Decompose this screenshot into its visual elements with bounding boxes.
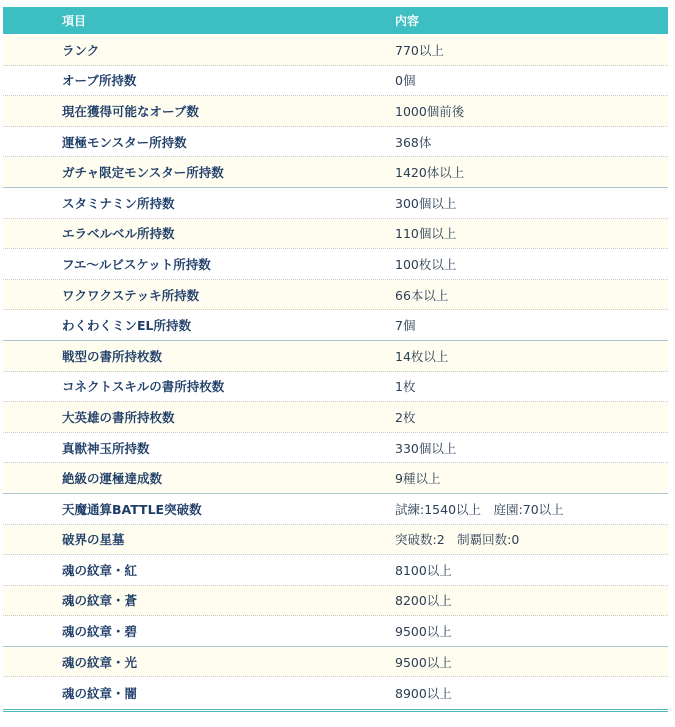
table-row: 魂の紋章・紅 8100以上 xyxy=(3,555,668,586)
row-value: 770以上 xyxy=(340,41,668,59)
row-value: 9500以上 xyxy=(340,622,668,640)
table-row: オーブ所持数 0個 xyxy=(3,66,668,97)
row-value: 突破数:2 制覇回数:0 xyxy=(340,530,668,548)
row-label: ランク xyxy=(3,41,340,59)
header-item: 項目 xyxy=(3,12,340,29)
row-label: 魂の紋章・蒼 xyxy=(3,591,340,609)
row-value: 100枚以上 xyxy=(340,255,668,273)
row-value: 300個以上 xyxy=(340,194,668,212)
row-value: 2枚 xyxy=(340,408,668,426)
row-label: 大英雄の書所持枚数 xyxy=(3,408,340,426)
table-row: スタミナミン所持数 300個以上 xyxy=(3,188,668,219)
table-row: 真獣神玉所持数 330個以上 xyxy=(3,433,668,464)
row-value: 1420体以上 xyxy=(340,163,668,181)
table-header: 項目 内容 xyxy=(3,7,668,35)
row-label: エラベルベル所持数 xyxy=(3,224,340,242)
table-row: 破界の星墓 突破数:2 制覇回数:0 xyxy=(3,525,668,556)
table-row: 魂の紋章・蒼 8200以上 xyxy=(3,586,668,617)
row-label: 真獣神玉所持数 xyxy=(3,439,340,457)
row-value: 66本以上 xyxy=(340,286,668,304)
row-label: フエ～ルビスケット所持数 xyxy=(3,255,340,273)
table-row: フエ～ルビスケット所持数 100枚以上 xyxy=(3,249,668,280)
table-row: 大英雄の書所持枚数 2枚 xyxy=(3,402,668,433)
table-bottom-border-inner xyxy=(3,711,668,712)
table-row: エラベルベル所持数 110個以上 xyxy=(3,219,668,250)
row-value: 368体 xyxy=(340,133,668,151)
row-label: 魂の紋章・紅 xyxy=(3,561,340,579)
row-value: 330個以上 xyxy=(340,439,668,457)
row-label: 破界の星墓 xyxy=(3,530,340,548)
table-row: ランク 770以上 xyxy=(3,35,668,66)
row-value: 8900以上 xyxy=(340,684,668,702)
row-label: オーブ所持数 xyxy=(3,71,340,89)
row-value: 試練:1540以上 庭園:70以上 xyxy=(340,500,668,518)
table-row: 現在獲得可能なオーブ数 1000個前後 xyxy=(3,96,668,127)
row-label: 現在獲得可能なオーブ数 xyxy=(3,102,340,120)
table-row: コネクトスキルの書所持枚数 1枚 xyxy=(3,372,668,403)
table-row: ガチャ限定モンスター所持数 1420体以上 xyxy=(3,157,668,188)
row-label: 運極モンスター所持数 xyxy=(3,133,340,151)
header-content: 内容 xyxy=(340,12,668,29)
row-label: コネクトスキルの書所持枚数 xyxy=(3,377,340,395)
row-label: スタミナミン所持数 xyxy=(3,194,340,212)
table-row: 魂の紋章・光 9500以上 xyxy=(3,647,668,678)
row-label: 魂の紋章・碧 xyxy=(3,622,340,640)
row-label: 魂の紋章・光 xyxy=(3,653,340,671)
table-row: ワクワクステッキ所持数 66本以上 xyxy=(3,280,668,311)
row-value: 1枚 xyxy=(340,377,668,395)
table-row: 魂の紋章・碧 9500以上 xyxy=(3,616,668,647)
row-value: 9種以上 xyxy=(340,469,668,487)
row-label: ワクワクステッキ所持数 xyxy=(3,286,340,304)
table-row: わくわくミンEL所持数 7個 xyxy=(3,310,668,341)
table-row: 絶級の運極達成数 9種以上 xyxy=(3,463,668,494)
row-value: 1000個前後 xyxy=(340,102,668,120)
row-value: 14枚以上 xyxy=(340,347,668,365)
row-value: 8200以上 xyxy=(340,591,668,609)
row-value: 0個 xyxy=(340,71,668,89)
row-label: わくわくミンEL所持数 xyxy=(3,316,340,334)
table-row: 運極モンスター所持数 368体 xyxy=(3,127,668,158)
row-value: 110個以上 xyxy=(340,224,668,242)
row-label: 魂の紋章・闇 xyxy=(3,684,340,702)
table-bottom-border xyxy=(3,709,668,710)
table-row: 戦型の書所持枚数 14枚以上 xyxy=(3,341,668,372)
row-label: ガチャ限定モンスター所持数 xyxy=(3,163,340,181)
row-value: 9500以上 xyxy=(340,653,668,671)
row-label: 絶級の運極達成数 xyxy=(3,469,340,487)
table-row: 天魔通算BATTLE突破数 試練:1540以上 庭園:70以上 xyxy=(3,494,668,525)
row-label: 天魔通算BATTLE突破数 xyxy=(3,500,340,518)
row-label: 戦型の書所持枚数 xyxy=(3,347,340,365)
row-value: 8100以上 xyxy=(340,561,668,579)
row-value: 7個 xyxy=(340,316,668,334)
table-row: 魂の紋章・闇 8900以上 xyxy=(3,677,668,708)
account-info-table: 項目 内容 ランク 770以上 オーブ所持数 0個 現在獲得可能なオーブ数 10… xyxy=(3,7,668,712)
